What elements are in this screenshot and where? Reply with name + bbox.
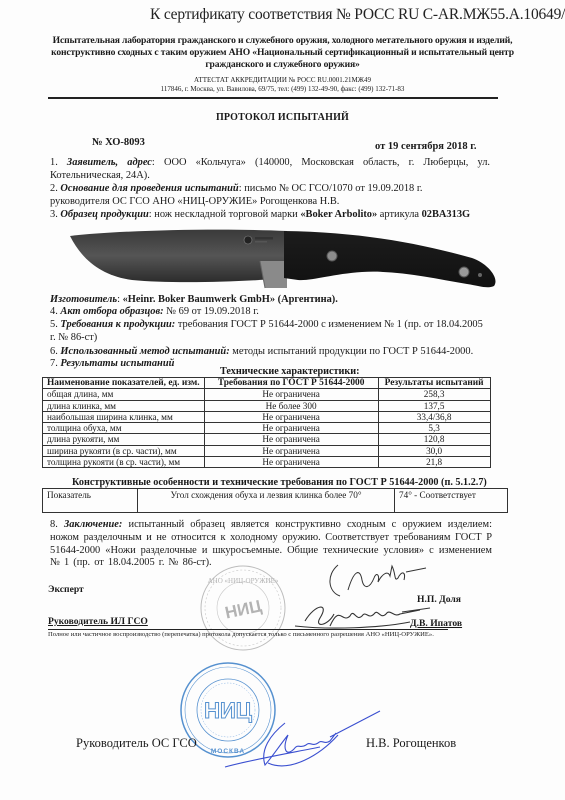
indicator-cell: толщина рукояти (в ср. части), мм [43, 457, 205, 468]
col-header: Требования по ГОСТ Р 51644-2000 [204, 378, 378, 389]
requirement-cell: Не ограничена [204, 389, 378, 400]
header-divider [48, 97, 498, 99]
table-row: общая длина, ммНе ограничена258,3 [43, 389, 491, 400]
constr-indicator: Показатель [43, 489, 138, 513]
sampling-act-value: № 69 от 19.09.2018 г. [164, 306, 259, 317]
sample-brand: «Boker Arbolito» [300, 209, 377, 220]
indicator-cell: длина рукояти, мм [43, 434, 205, 445]
conclusion-label: Заключение: [64, 519, 122, 530]
lab-head-signature [290, 596, 450, 636]
stamp-text: АНО «НИЦ-ОРУЖИЕ» [208, 577, 279, 585]
expert-signature [318, 560, 428, 600]
table-row: толщина рукояти (в ср. части), ммНе огра… [43, 457, 491, 468]
accreditation-number: АТТЕСТАТ АККРЕДИТАЦИИ № РОСС RU.0001.21М… [50, 76, 515, 85]
document-page: К сертификату соответствия № РОСС RU C-A… [0, 0, 565, 800]
item-manufacturer: Изготовитель: «Heinr. Boker Baumwerk Gmb… [50, 294, 490, 307]
lab-stamp: НИЦ АНО «НИЦ-ОРУЖИЕ» [198, 563, 288, 653]
col-header: Результаты испытаний [378, 378, 490, 389]
constr-table-title: Конструктивные особенности и технические… [72, 477, 487, 488]
tech-table-title: Технические характеристики: [220, 366, 360, 377]
tech-characteristics-table: Наименование показателей, ед. изм. Требо… [42, 377, 491, 468]
manufacturer-value: «Heinr. Boker Baumwerk GmbH» (Аргентина)… [123, 294, 338, 305]
indicator-cell: наибольшая ширина клинка, мм [43, 411, 205, 422]
results-label: Результаты испытаний [60, 358, 174, 369]
item-applicant: 1. Заявитель, адрес: ООО «Кольчуга» (140… [50, 157, 490, 183]
sampling-act-label: Акт отбора образцов: [60, 306, 163, 317]
item-basis: 2. Основание для проведения испытаний: п… [50, 183, 430, 209]
certificate-reference: К сертификату соответствия № РОСС RU C-A… [150, 6, 550, 24]
result-cell: 137,5 [378, 400, 490, 411]
accreditation-block: АТТЕСТАТ АККРЕДИТАЦИИ № РОСС RU.0001.21М… [50, 76, 515, 94]
manufacturer-label: Изготовитель [50, 294, 117, 305]
protocol-title: ПРОТОКОЛ ИСПЫТАНИЙ [0, 112, 565, 123]
requirement-cell: Не ограничена [204, 445, 378, 456]
requirement-cell: Не более 300 [204, 400, 378, 411]
result-cell: 258,3 [378, 389, 490, 400]
lab-head-label: Руководитель ИЛ ГСО [48, 616, 148, 627]
constructive-table: Показатель Угол схождения обуха и лезвия… [42, 488, 508, 513]
lab-address: 117846, г. Москва, ул. Вавилова, 69/75, … [50, 85, 515, 94]
method-value: методы испытаний продукции по ГОСТ Р 516… [230, 346, 473, 357]
result-cell: 5,3 [378, 423, 490, 434]
result-cell: 21,8 [378, 457, 490, 468]
os-head-name: Н.В. Рогощенков [366, 736, 456, 751]
table-header-row: Наименование показателей, ед. изм. Требо… [43, 378, 491, 389]
lab-name-line: Испытательная лаборатория гражданского и… [30, 35, 535, 47]
lab-name-line: гражданского и служебного оружия» [30, 59, 535, 71]
table-row: ширина рукояти (в ср. части), ммНе огран… [43, 445, 491, 456]
col-header: Наименование показателей, ед. изм. [43, 378, 205, 389]
constr-result: 74° - Соответствует [395, 489, 508, 513]
applicant-label: Заявитель, адрес [67, 157, 152, 168]
reproduction-notice: Полное или частичное воспроизводство (пе… [48, 631, 434, 638]
method-label: Использованный метод испытаний: [60, 346, 229, 357]
lab-name-line: конструктивно сходных с таким оружием АН… [30, 47, 535, 59]
signature-divider [48, 629, 448, 630]
sample-label: Образец продукции [60, 209, 148, 220]
expert-label: Эксперт [48, 584, 84, 595]
constr-requirement: Угол схождения обуха и лезвия клинка бол… [138, 489, 395, 513]
table-row: Показатель Угол схождения обуха и лезвия… [43, 489, 508, 513]
indicator-cell: длина клинка, мм [43, 400, 205, 411]
result-cell: 120,8 [378, 434, 490, 445]
item-sampling-act: 4. Акт отбора образцов: № 69 от 19.09.20… [50, 306, 490, 319]
os-head-signature [210, 705, 390, 775]
stamp-logo: НИЦ [223, 596, 264, 622]
result-cell: 33,4/36,8 [378, 411, 490, 422]
item-method: 6. Использованный метод испытаний: метод… [50, 346, 520, 359]
requirements-label: Требования к продукции: [60, 319, 175, 330]
indicator-cell: толщина обуха, мм [43, 423, 205, 434]
table-row: толщина обуха, ммНе ограничена5,3 [43, 423, 491, 434]
requirement-cell: Не ограничена [204, 423, 378, 434]
indicator-cell: ширина рукояти (в ср. части), мм [43, 445, 205, 456]
os-head-label: Руководитель ОС ГСО [76, 736, 197, 751]
requirement-cell: Не ограничена [204, 457, 378, 468]
lab-head-name: Д.В. Ипатов [410, 618, 462, 629]
protocol-number: № ХО-8093 [92, 137, 145, 148]
table-row: длина клинка, ммНе более 300137,5 [43, 400, 491, 411]
indicator-cell: общая длина, мм [43, 389, 205, 400]
sample-article: 02BA313G [422, 209, 471, 220]
requirement-cell: Не ограничена [204, 434, 378, 445]
result-cell: 30,0 [378, 445, 490, 456]
table-row: наибольшая ширина клинка, ммНе ограничен… [43, 411, 491, 422]
lab-name: Испытательная лаборатория гражданского и… [30, 35, 535, 72]
item-requirements: 5. Требования к продукции: требования ГО… [50, 319, 490, 345]
knife-photo [62, 226, 502, 298]
basis-label: Основание для проведения испытаний [60, 183, 238, 194]
protocol-date: от 19 сентября 2018 г. [375, 141, 476, 152]
item-sample: 3. Образец продукции: нож нескладной тор… [50, 209, 510, 222]
table-row: длина рукояти, ммНе ограничена120,8 [43, 434, 491, 445]
requirement-cell: Не ограничена [204, 411, 378, 422]
